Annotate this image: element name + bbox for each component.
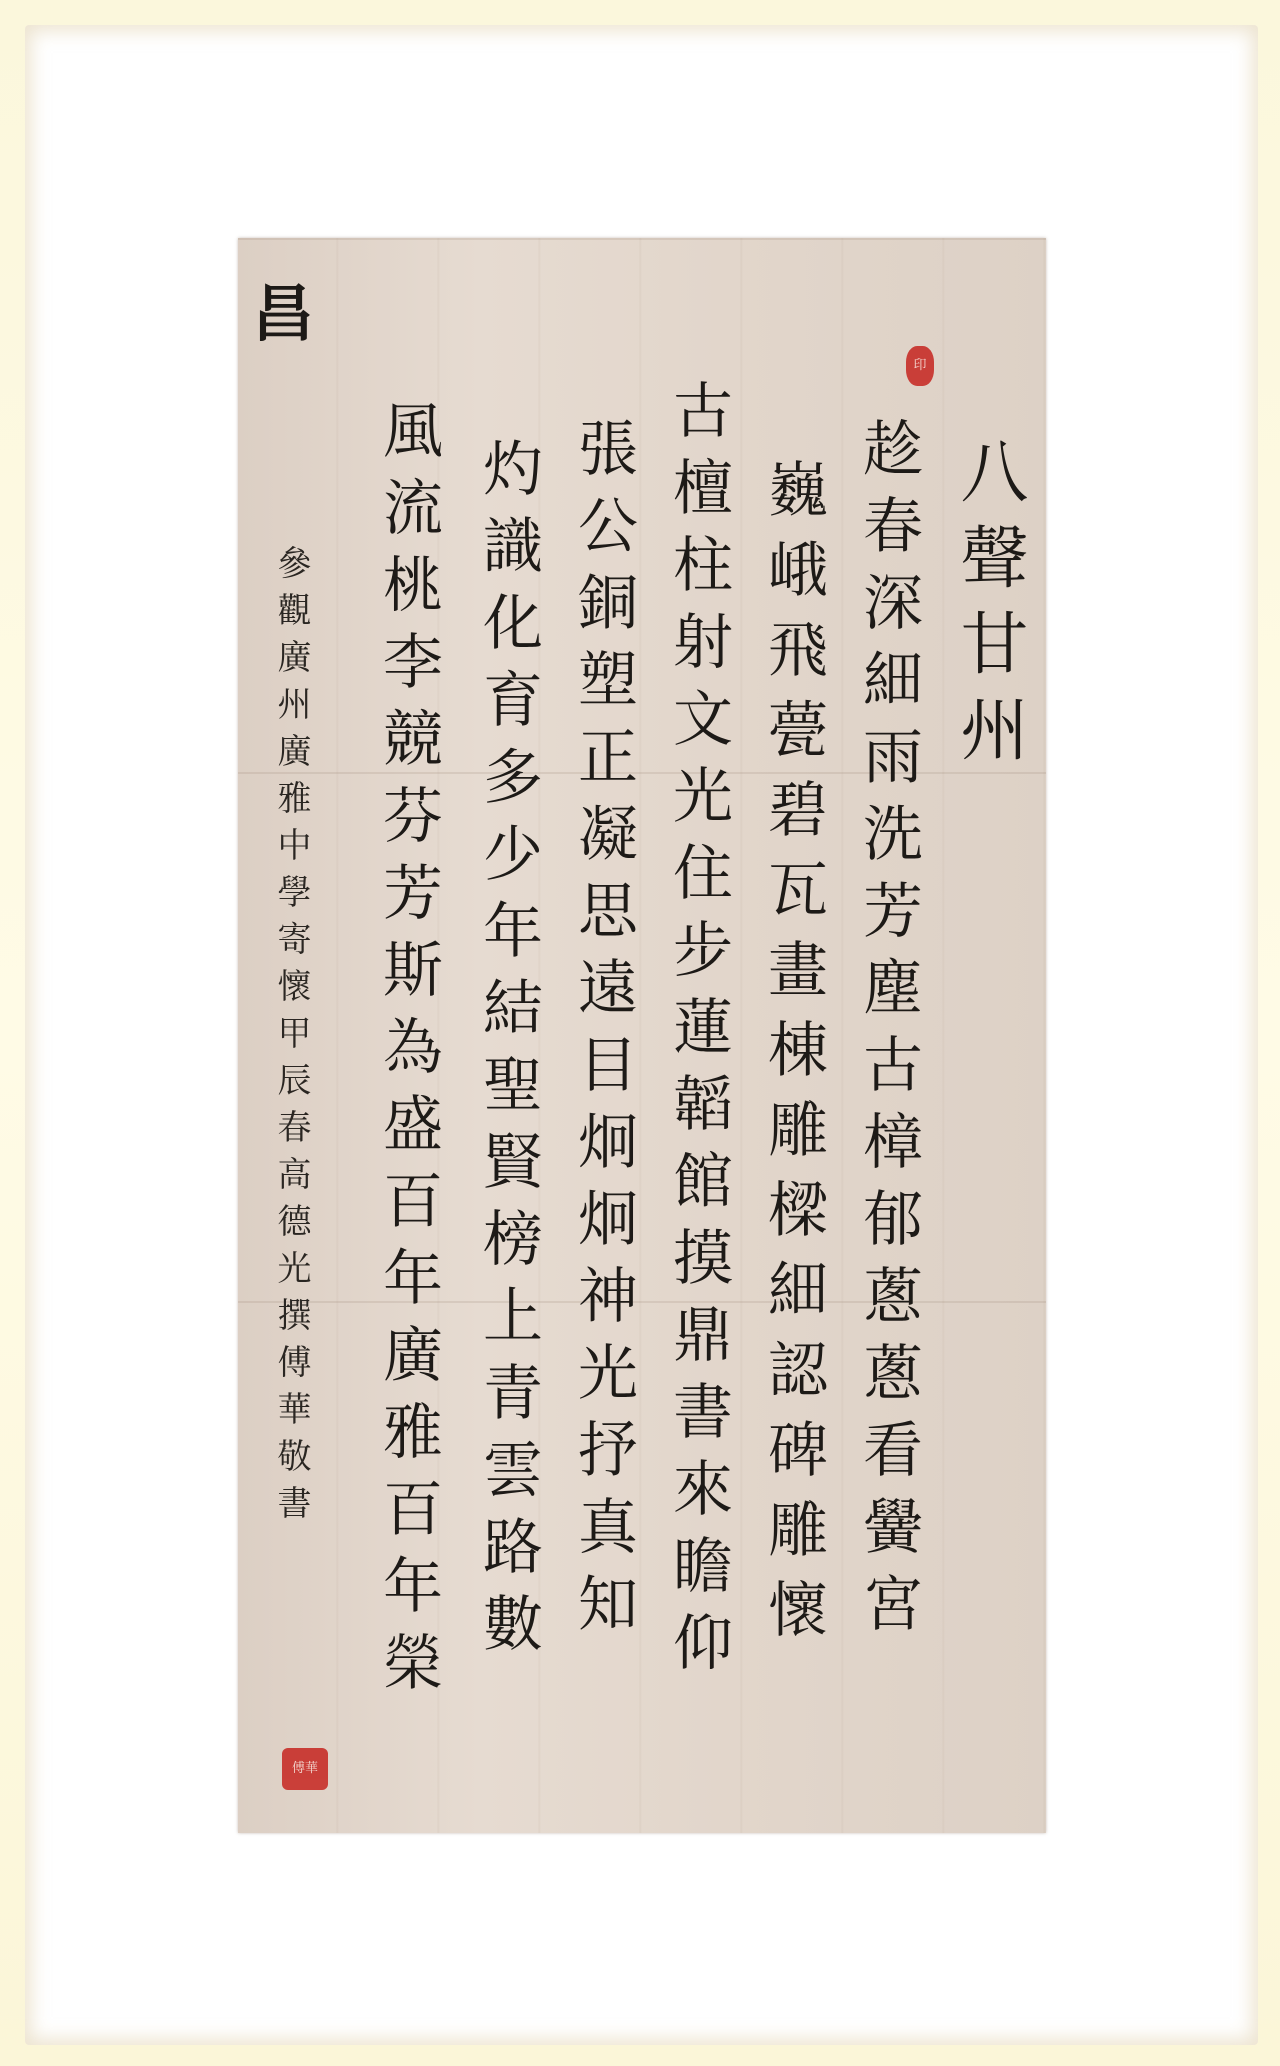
poem-line: 古檀柱射文光住步蓮韜館摸鼎書來瞻仰 (668, 268, 728, 1798)
title-text: 八聲甘州 (954, 298, 1022, 918)
inscription-text: 參觀廣州廣雅中學寄懷甲辰春高德光撰傅華敬書 (274, 368, 308, 1708)
poem-column-3: 古檀柱射文光住步蓮韜館摸鼎書來瞻仰 (648, 268, 748, 1798)
poem-column-4: 張公銅塑正凝思遠目炯炯神光抒真知 (553, 268, 653, 1798)
poem-line: 灼識化育多少年結聖賢榜上青雲路數 (478, 298, 538, 1808)
title-column: 八聲甘州 (938, 298, 1038, 918)
fold-line (238, 238, 1046, 240)
calligraphy-paper: 八聲甘州 趁春深細雨洗芳塵古樟郁蔥蔥看黌宮 巍峨飛甍碧瓦畫棟雕樑細認碑雕懷 古檀… (238, 238, 1046, 1833)
poem-line: 張公銅塑正凝思遠目炯炯神光抒真知 (573, 268, 633, 1798)
poem-line: 風流桃李競芬芳斯為盛百年廣雅百年榮 (378, 293, 438, 1813)
seal-text: 印 (913, 359, 926, 373)
poem-line: 趁春深細雨洗芳塵古樟郁蔥蔥看黌宮 (858, 268, 918, 1798)
inscription-column: 參觀廣州廣雅中學寄懷甲辰春高德光撰傅華敬書 (256, 368, 326, 1708)
final-character-column: 昌 (248, 283, 318, 345)
seal-text: 傅華 (292, 1762, 318, 1776)
poem-column-6: 風流桃李競芬芳斯為盛百年廣雅百年榮 (358, 293, 458, 1813)
poem-line: 巍峨飛甍碧瓦畫棟雕樑細認碑雕懷 (763, 318, 823, 1798)
poem-final-char: 昌 (252, 283, 314, 345)
top-seal: 印 (906, 346, 934, 386)
name-seal: 傅華 (282, 1748, 328, 1790)
poem-column-5: 灼識化育多少年結聖賢榜上青雲路數 (458, 298, 558, 1808)
poem-column-2: 巍峨飛甍碧瓦畫棟雕樑細認碑雕懷 (743, 318, 843, 1798)
poem-column-1: 趁春深細雨洗芳塵古樟郁蔥蔥看黌宮 (838, 268, 938, 1798)
